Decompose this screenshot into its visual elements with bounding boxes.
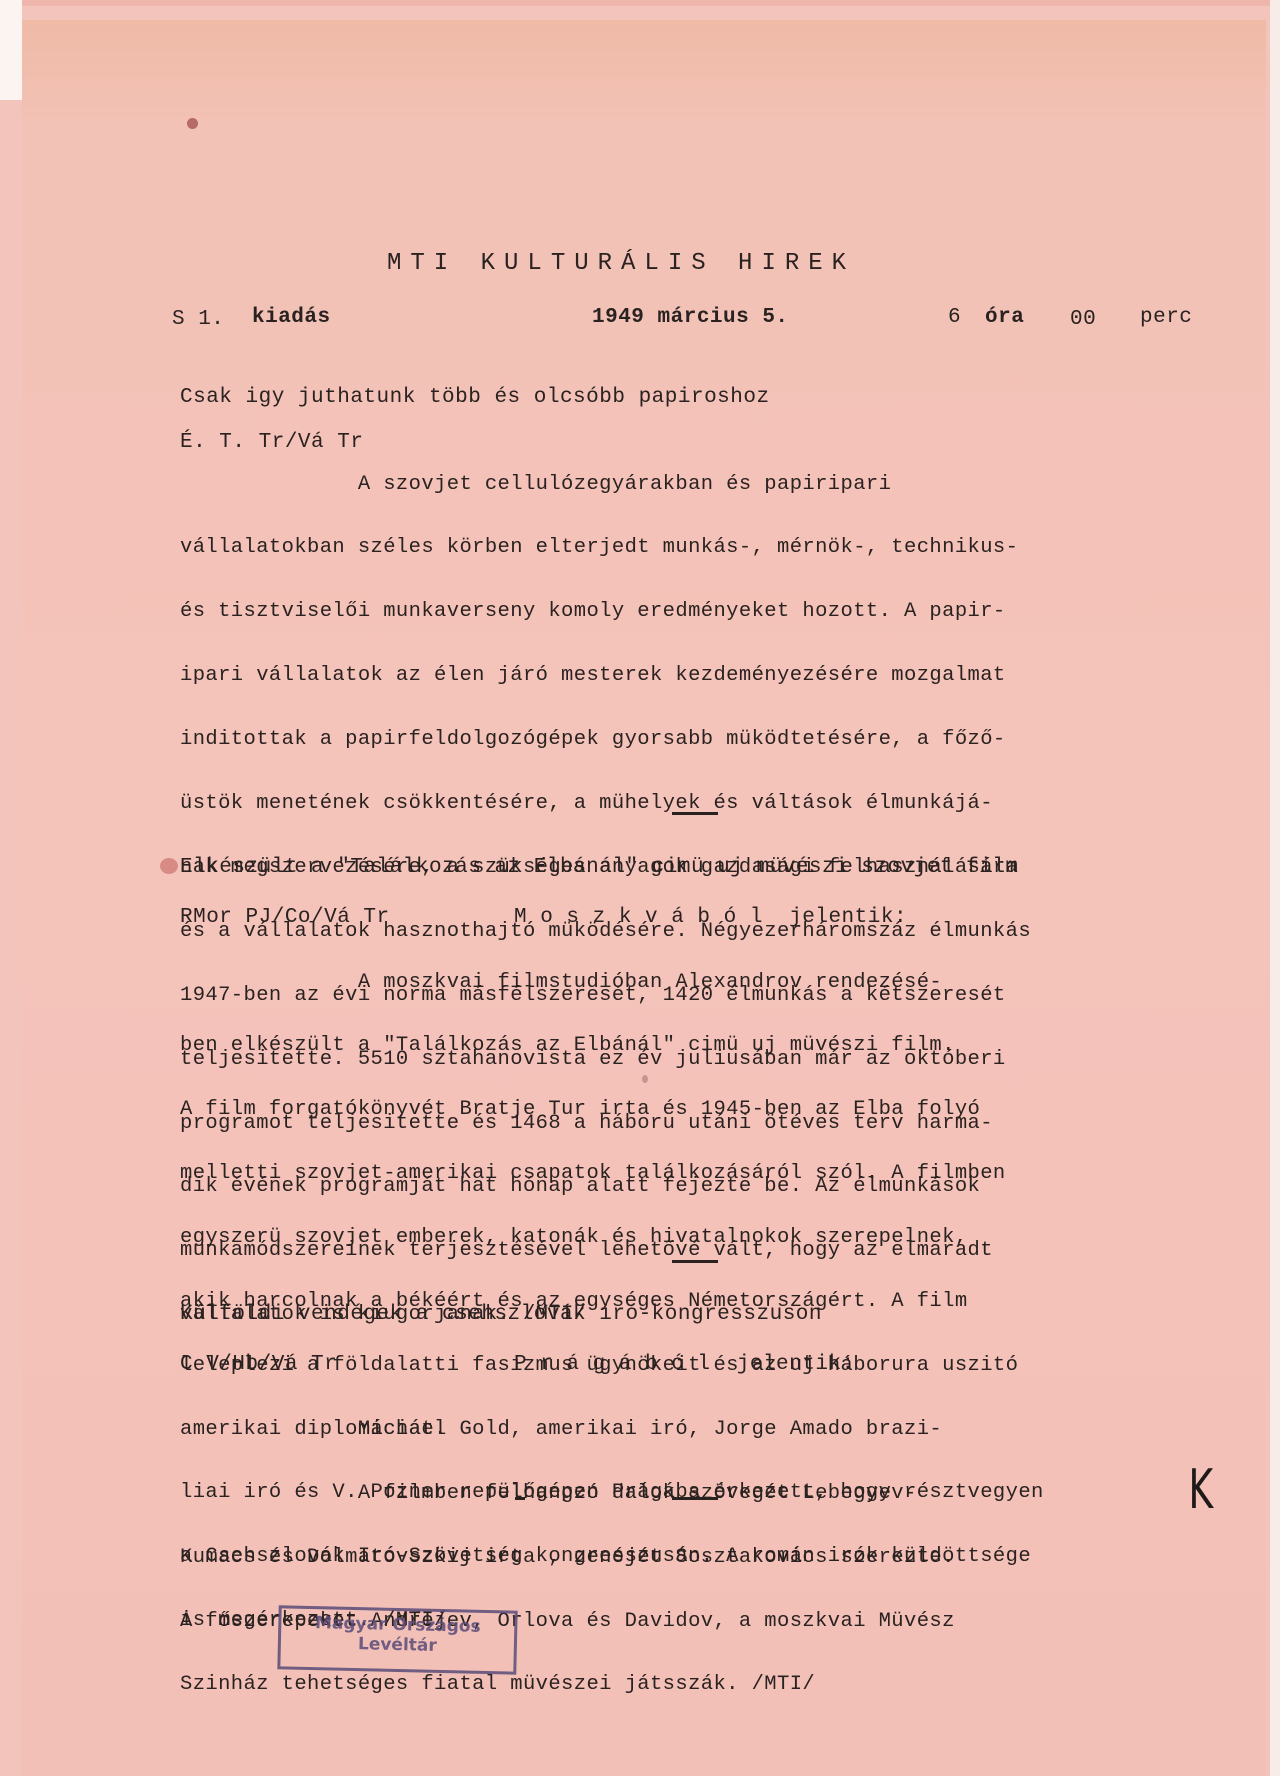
issue-hour: 6 (948, 305, 961, 331)
body-line: A moszkvai filmstudióban Alexandrov rend… (180, 972, 1018, 993)
issue-minute-label: perc (1140, 305, 1192, 331)
body-line: Michael Gold, amerikai iró, Jorge Amado … (180, 1419, 1044, 1440)
body-line: A film forgatókönyvét Bratje Tur irta és… (180, 1099, 1018, 1120)
scan-edge-top (0, 0, 1280, 6)
article-headline: Külföldi vendégek a csehszlovák iró-kong… (180, 1302, 822, 1328)
article-dateline: P r á g á b ó l jelentik: (514, 1352, 855, 1378)
body-line: A szovjet cellulózegyárakban és papiripa… (180, 474, 1031, 495)
section-separator (672, 812, 718, 815)
body-line: ipari vállalatok az élen járó mesterek k… (180, 665, 1031, 686)
body-line: és tisztviselői munkaverseny komoly ered… (180, 601, 1031, 622)
issue-minute: 00 (1070, 307, 1096, 333)
article-dateline: M o s z k v á b ó l jelentik: (514, 905, 907, 931)
section-separator (672, 1260, 718, 1263)
body-line: melletti szovjet-amerikai csapatok talál… (180, 1163, 1018, 1184)
article-headline: Elkészült a "Találkozás az Elbánál" cimü… (180, 855, 1019, 881)
body-line: Szinház tehetséges fiatal müvészei játss… (180, 1674, 1018, 1695)
body-line: liai iró és V. Pozner repülőgépen Prágáb… (180, 1482, 1044, 1503)
issue-date: 1949 március 5. (592, 305, 789, 331)
short-dash (515, 1497, 525, 1500)
edition-label: kiadás (252, 305, 331, 331)
document-title: MTI KULTURÁLIS HIREK (387, 250, 855, 277)
handwritten-initial: K (1188, 1458, 1213, 1521)
body-line: egyszerü szovjet emberek, katonák és hiv… (180, 1227, 1018, 1248)
ink-spot (160, 858, 178, 874)
archive-stamp: Magyar Országos Levéltár (277, 1605, 517, 1674)
issue-hour-label: óra (985, 305, 1024, 331)
article-byline: RMor PJ/Co/Vá Tr (180, 905, 390, 931)
section-separator (672, 1497, 718, 1500)
scan-margin-left (0, 0, 22, 100)
edition-code: S 1. (172, 307, 224, 333)
article-byline: C V/Hb/Vá Tr (180, 1352, 337, 1378)
body-line: inditottak a papirfeldolgozógépek gyorsa… (180, 729, 1031, 750)
body-line: üstök menetének csökkentésére, a mühelye… (180, 793, 1031, 814)
ink-spot (187, 118, 198, 129)
body-line: vállalatokban széles körben elterjedt mu… (180, 537, 1031, 558)
scan-margin-right (1270, 0, 1280, 1776)
article-headline: Csak igy juthatunk több és olcsóbb papir… (180, 385, 770, 411)
body-line: ben elkészült a "Találkozás az Elbánál" … (180, 1035, 1018, 1056)
body-line: a Csehszlovák Iró-Szövetség kongresszusá… (180, 1546, 1044, 1567)
